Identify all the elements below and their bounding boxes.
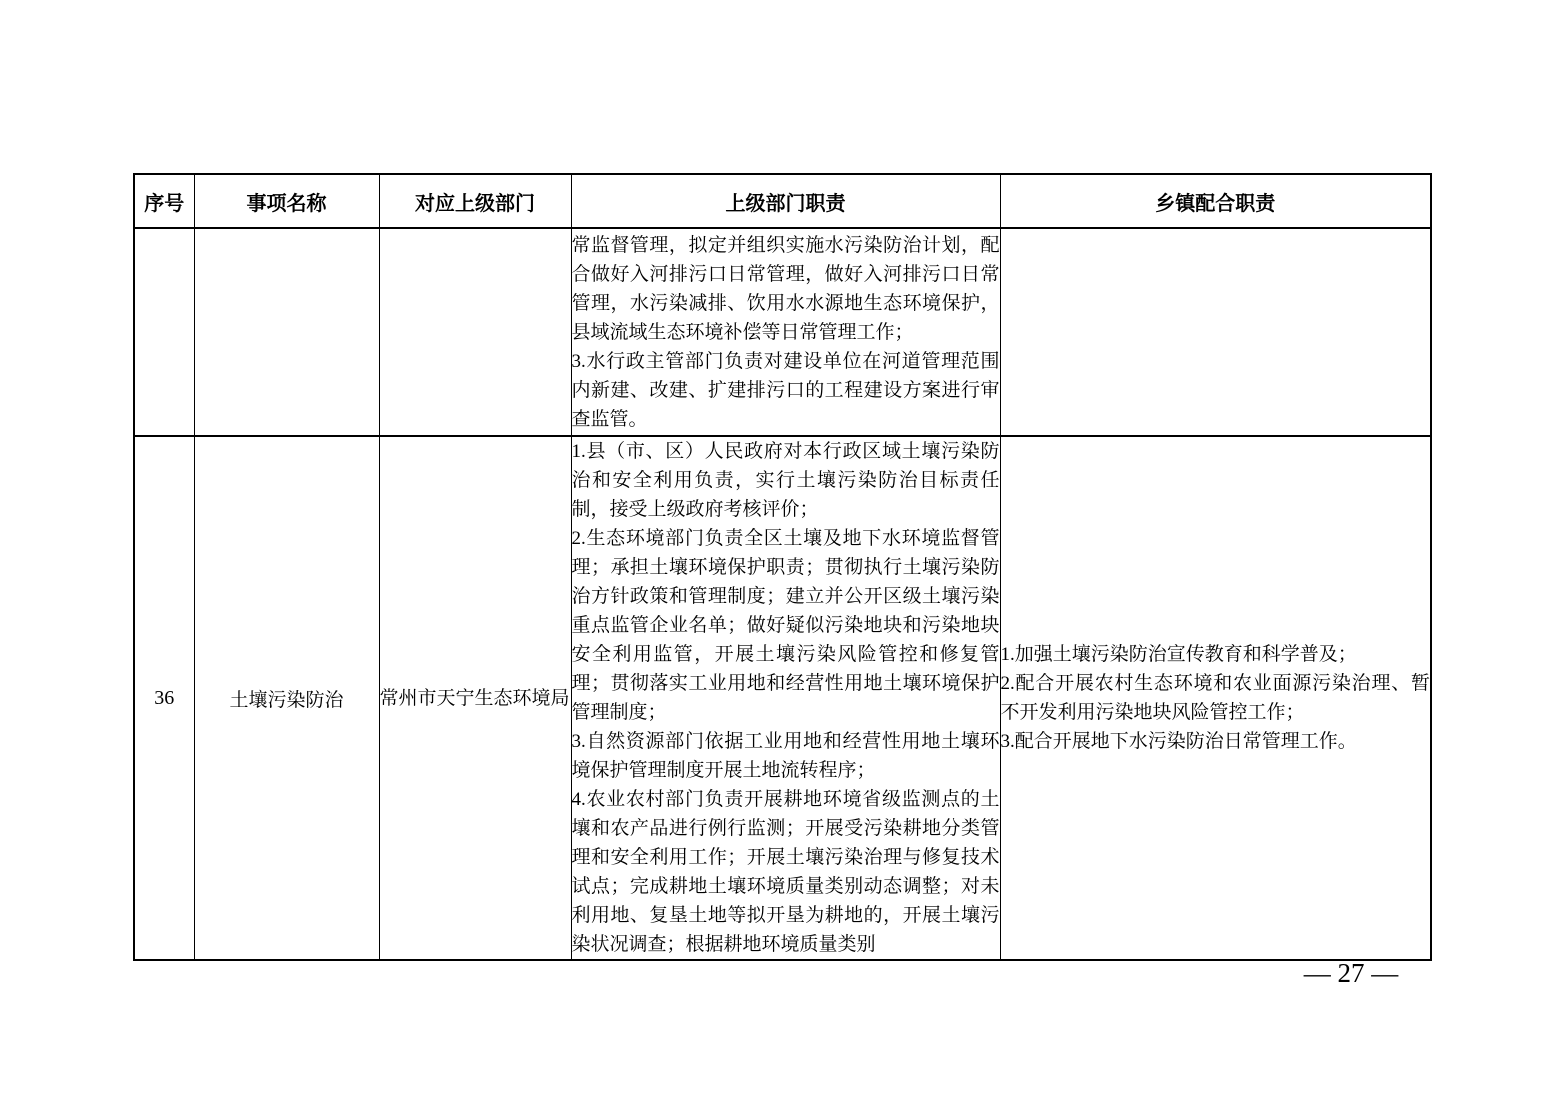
superior-duties-text: 常监督管理，拟定并组织实施水污染防治计划，配合做好入河排污口日常管理，做好入河排… xyxy=(572,231,1000,434)
duty-paragraph: 3.配合开展地下水污染防治日常管理工作。 xyxy=(1001,727,1431,756)
cell-item-name: 土壤污染防治 xyxy=(194,436,379,960)
document-page: 序号 事项名称 对应上级部门 上级部门职责 乡镇配合职责 常监督管理，拟定并组织… xyxy=(0,0,1559,1102)
cell-township-duties-empty xyxy=(1000,228,1431,436)
header-superior-duties: 上级部门职责 xyxy=(571,174,1000,228)
header-seq: 序号 xyxy=(134,174,194,228)
cell-dept-empty xyxy=(379,228,571,436)
cell-seq-number: 36 xyxy=(134,436,194,960)
duty-paragraph: 3.水行政主管部门负责对建设单位在河道管理范围内新建、改建、扩建排污口的工程建设… xyxy=(572,347,1000,434)
cell-superior-duties-continuation: 常监督管理，拟定并组织实施水污染防治计划，配合做好入河排污口日常管理，做好入河排… xyxy=(571,228,1000,436)
header-township-duties: 乡镇配合职责 xyxy=(1000,174,1431,228)
table-row-36: 36 土壤污染防治 常州市天宁生态环境局 1.县（市、区）人民政府对本行政区域土… xyxy=(134,436,1431,960)
page-number: — 27 — xyxy=(1285,958,1417,989)
duty-paragraph: 3.自然资源部门依据工业用地和经营性用地土壤环境保护管理制度开展土地流转程序； xyxy=(572,727,1000,785)
superior-duties-text: 1.县（市、区）人民政府对本行政区域土壤污染防治和安全利用负责，实行土壤污染防治… xyxy=(572,437,1000,959)
cell-township-duties: 1.加强土壤污染防治宣传教育和科学普及；2.配合开展农村生态环境和农业面源污染治… xyxy=(1000,436,1431,960)
table-row-continuation: 常监督管理，拟定并组织实施水污染防治计划，配合做好入河排污口日常管理，做好入河排… xyxy=(134,228,1431,436)
duty-paragraph: 4.农业农村部门负责开展耕地环境省级监测点的土壤和农产品进行例行监测；开展受污染… xyxy=(572,785,1000,959)
duty-paragraph: 常监督管理，拟定并组织实施水污染防治计划，配合做好入河排污口日常管理，做好入河排… xyxy=(572,231,1000,347)
duty-paragraph: 1.加强土壤污染防治宣传教育和科学普及； xyxy=(1001,640,1431,669)
duty-paragraph: 2.生态环境部门负责全区土壤及地下水环境监督管理；承担土壤环境保护职责；贯彻执行… xyxy=(572,524,1000,727)
duty-paragraph: 2.配合开展农村生态环境和农业面源污染治理、暂不开发利用污染地块风险管控工作； xyxy=(1001,669,1431,727)
duty-paragraph: 1.县（市、区）人民政府对本行政区域土壤污染防治和安全利用负责，实行土壤污染防治… xyxy=(572,437,1000,524)
duties-table: 序号 事项名称 对应上级部门 上级部门职责 乡镇配合职责 常监督管理，拟定并组织… xyxy=(133,173,1432,961)
header-superior-department: 对应上级部门 xyxy=(379,174,571,228)
cell-superior-duties: 1.县（市、区）人民政府对本行政区域土壤污染防治和安全利用负责，实行土壤污染防治… xyxy=(571,436,1000,960)
cell-superior-department: 常州市天宁生态环境局 xyxy=(379,436,571,960)
table-header-row: 序号 事项名称 对应上级部门 上级部门职责 乡镇配合职责 xyxy=(134,174,1431,228)
cell-item-empty xyxy=(194,228,379,436)
cell-seq-empty xyxy=(134,228,194,436)
header-item-name: 事项名称 xyxy=(194,174,379,228)
township-duties-text: 1.加强土壤污染防治宣传教育和科学普及；2.配合开展农村生态环境和农业面源污染治… xyxy=(1001,640,1431,756)
